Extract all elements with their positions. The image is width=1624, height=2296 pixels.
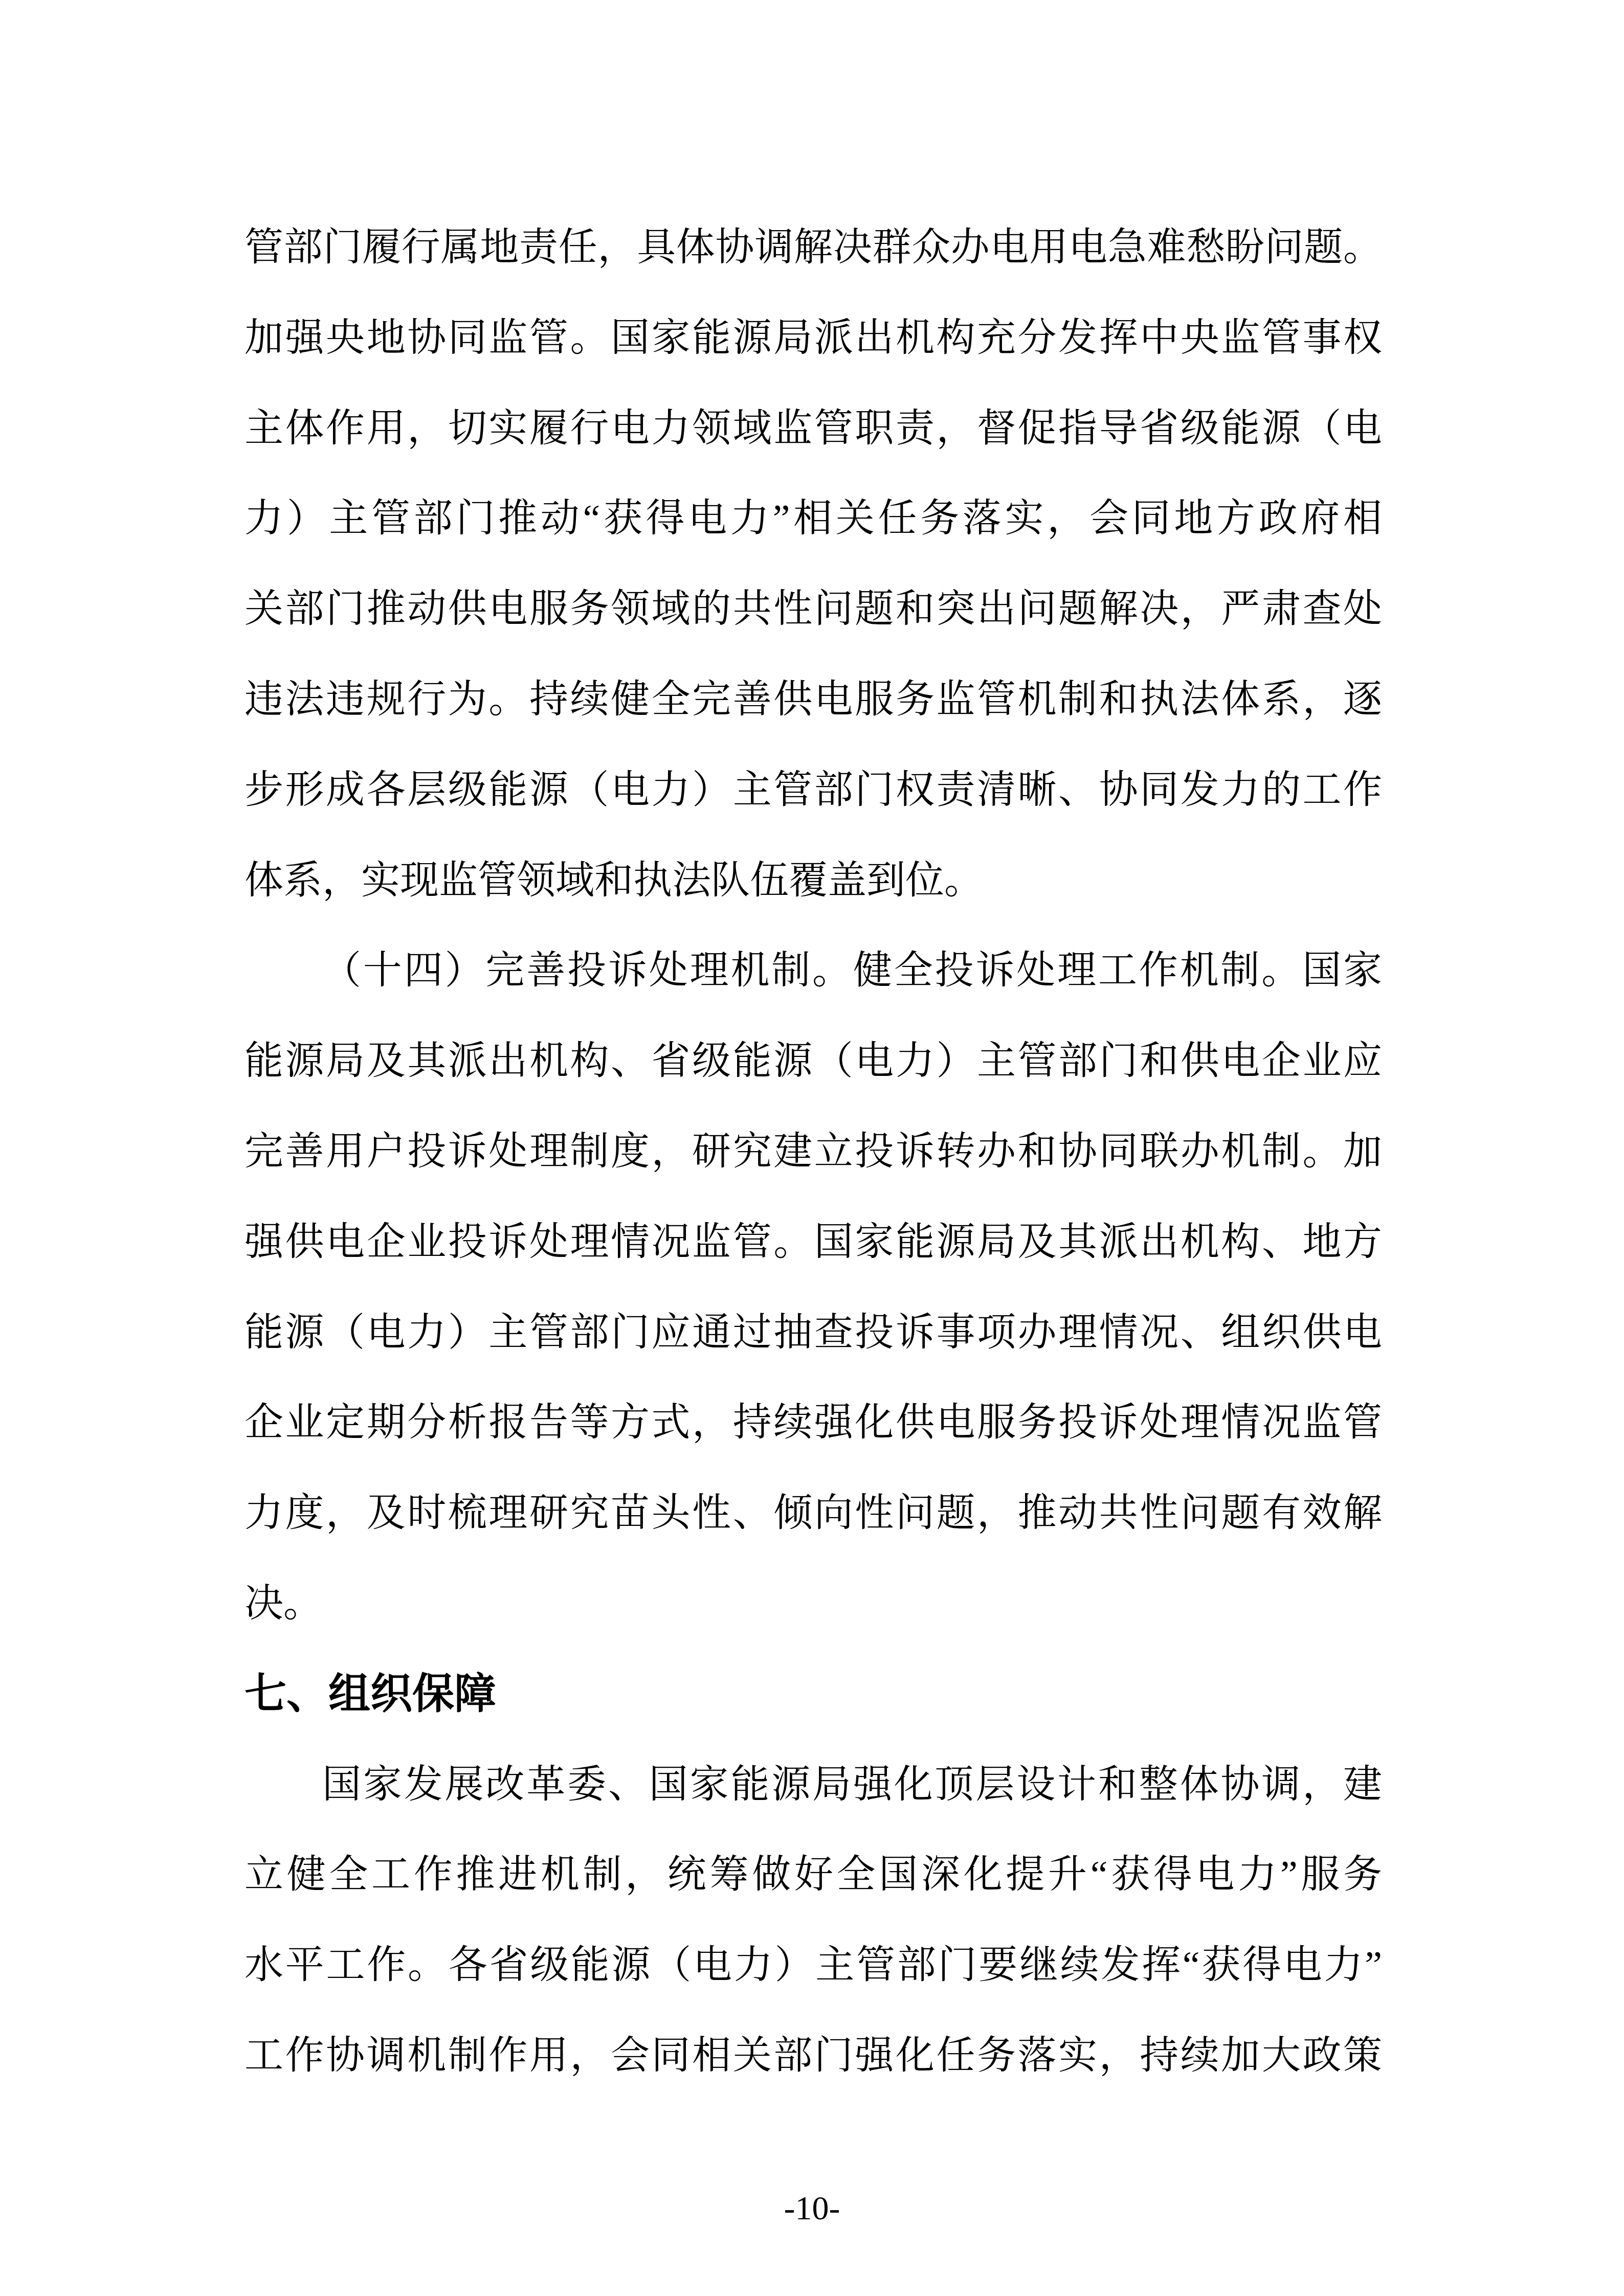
text-line: 加强央地协同监管。国家能源局派出机构充分发挥中央监管事权 xyxy=(244,293,1382,384)
text-line: 强供电企业投诉处理情况监管。国家能源局及其派出机构、地方 xyxy=(244,1197,1382,1288)
text-line: 力度，及时梳理研究苗头性、倾向性问题，推动共性问题有效解 xyxy=(244,1468,1382,1559)
text-line: 违法违规行为。持续健全完善供电服务监管机制和执法体系，逐 xyxy=(244,655,1382,745)
paragraph-organizational-support: 国家发展改革委、国家能源局强化顶层设计和整体协调，建 立健全工作推进机制，统筹做… xyxy=(244,1740,1382,2101)
text-line: 水平工作。各省级能源（电力）主管部门要继续发挥“获得电力” xyxy=(244,1920,1382,2011)
text-line: 工作协调机制作用，会同相关部门强化任务落实，持续加大政策 xyxy=(244,2011,1382,2101)
text-line: 国家发展改革委、国家能源局强化顶层设计和整体协调，建 xyxy=(244,1740,1382,1830)
text-line: 体系，实现监管领域和执法队伍覆盖到位。 xyxy=(244,836,1382,926)
section-heading: 七、组织保障 xyxy=(244,1649,1382,1740)
text-line: 主体作用，切实履行电力领域监管职责，督促指导省级能源（电 xyxy=(244,384,1382,474)
text-line: 步形成各层级能源（电力）主管部门权责清晰、协同发力的工作 xyxy=(244,745,1382,836)
text-line: 完善用户投诉处理制度，研究建立投诉转办和协同联办机制。加 xyxy=(244,1107,1382,1197)
text-line: 力）主管部门推动“获得电力”相关任务落实，会同地方政府相 xyxy=(244,474,1382,564)
text-line: （十四）完善投诉处理机制。健全投诉处理工作机制。国家 xyxy=(244,926,1382,1016)
document-body: 管部门履行属地责任，具体协调解决群众办电用电急难愁盼问题。 加强央地协同监管。国… xyxy=(244,202,1382,2101)
paragraph-supervision: 管部门履行属地责任，具体协调解决群众办电用电急难愁盼问题。 加强央地协同监管。国… xyxy=(244,202,1382,926)
page-number: -10- xyxy=(0,2192,1624,2225)
text-line: 关部门推动供电服务领域的共性问题和突出问题解决，严肃查处 xyxy=(244,564,1382,655)
document-page: 管部门履行属地责任，具体协调解决群众办电用电急难愁盼问题。 加强央地协同监管。国… xyxy=(0,0,1624,2296)
text-line: 决。 xyxy=(244,1559,1382,1649)
text-line: 能源局及其派出机构、省级能源（电力）主管部门和供电企业应 xyxy=(244,1016,1382,1107)
paragraph-complaint-handling: （十四）完善投诉处理机制。健全投诉处理工作机制。国家 能源局及其派出机构、省级能… xyxy=(244,926,1382,1649)
text-line: 管部门履行属地责任，具体协调解决群众办电用电急难愁盼问题。 xyxy=(244,202,1382,293)
text-line: 能源（电力）主管部门应通过抽查投诉事项办理情况、组织供电 xyxy=(244,1288,1382,1378)
text-line: 立健全工作推进机制，统筹做好全国深化提升“获得电力”服务 xyxy=(244,1830,1382,1920)
text-line: 企业定期分析报告等方式，持续强化供电服务投诉处理情况监管 xyxy=(244,1378,1382,1468)
